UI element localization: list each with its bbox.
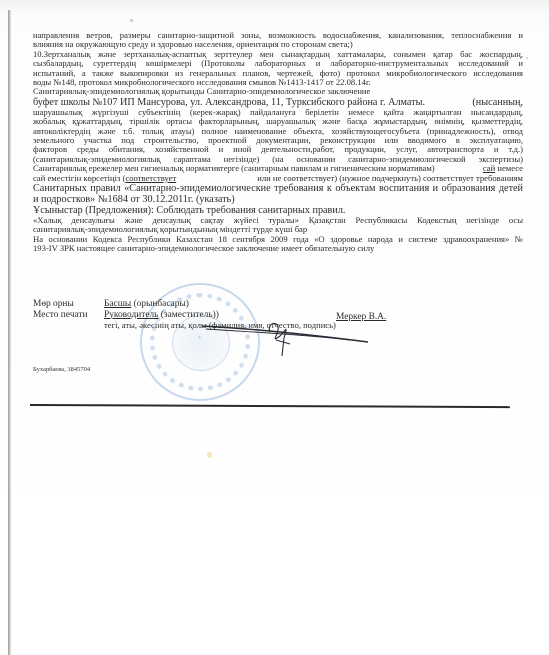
legal-basis-line: «Халық денсаулығы және денсаулық сақтау … [33,216,523,225]
legal-basis-line: 193-IV ЗРК настоящее санитарно-эпидемиол… [33,244,523,253]
handwritten-signature-icon [200,320,370,360]
compliance-line-2-end: или не соответствует) (нужное подчеркнут… [257,174,523,183]
description-line: земельного участка под строительство, пр… [33,136,523,145]
compliance-rest: тігін көрсетіңіз ( [65,174,126,183]
sai-underlined: сай [483,164,495,173]
signature-row-kz: Мөр орны Басшы (орынбасары) [33,299,523,310]
paragraph-line: влияния на окружающую среду и здоровью н… [33,40,523,49]
paragraph-line: 10.Зертханалық және зертханалық-аспаптық… [33,50,523,59]
scan-speck [130,19,133,22]
description-line: автоколіктердің және т.б. толық атауы) п… [33,127,523,136]
head-ru-underlined: Руководитель [104,310,158,320]
paragraph-line: сызбалардың, суреттердің көшірмелері (Пр… [33,59,523,68]
horizontal-rule [30,404,510,408]
scan-speck [526,57,528,59]
head-title-kz: Басшы (орынбасары) [104,299,189,310]
compliance-choice: сай немесе [483,164,523,173]
page-edge-shadow [8,10,11,655]
seal-place-kz: Мөр орны [33,299,74,310]
description-line: жобалық құжаттардың, тіршілік ортасы фак… [33,117,523,126]
head-title-ru: Руководитель (заместитель)) [104,310,219,321]
scanned-page: направления ветров, размеры санитарно-за… [0,0,549,655]
document-body: направления ветров, размеры санитарно-за… [33,31,523,254]
signature-row-ru: Место печати Руководитель (заместитель))… [33,310,523,321]
head-kz-underlined: Басшы [104,299,131,309]
compliance-or: немесе [495,164,523,173]
paragraph-line: испытаний, а также выкопировки из генера… [33,69,523,78]
legal-basis-line: На основании Кодекса Республики Казахста… [33,235,523,244]
requirements-line: и подростков» №1684 от 30.12.2011г. (ука… [33,194,523,205]
legal-basis-line: санитариялық-эпидемиологиялық қорытындын… [33,225,523,234]
proposals: Ұсыныстар (Предложения): Соблюдать требо… [33,205,523,216]
executor-contact: Бухарбаева, 3845704 [33,366,90,373]
complies-underlined: соответствует [125,174,176,183]
object-line: буфет школы №107 ИП Мансурова, ул. Алекс… [33,97,523,108]
head-kz-rest: (орынбасары) [131,299,189,309]
seal-place-ru: Место печати [33,310,87,321]
description-line: шаруашылық жүргізуші субъектінің (керек-… [33,108,523,117]
compliance-text: Санитариялық ережелер мен гигиеналық нор… [33,164,435,173]
paragraph-line: направления ветров, размеры санитарно-за… [33,31,523,40]
paragraph-line: воды №148, протокол микробиологического … [33,78,523,87]
object-line-tail: (нысанның, [472,97,523,108]
object-name: буфет школы №107 ИП Мансурова, ул. Алекс… [33,97,425,108]
compliance-line-1: Санитариялық ережелер мен гигиеналық нор… [33,164,523,173]
scan-speck [207,452,212,458]
compliance-line-2-start: сай еместігін көрсетіңіз (соответствует [33,174,176,183]
requirements-line: Санитарных правил «Санитарно-эпидемиолог… [33,183,523,194]
compliance-line-2: сай еместігін көрсетіңіз (соответствует … [33,174,523,183]
description-line: факторов среды обитания, хозяйственной и… [33,145,523,154]
expertise-line: (санитариялық-эпидемиологиялық сараптама… [33,155,523,164]
sai-emes: сай емес [33,174,65,183]
conclusion-heading: Санитариялық-эпидемиологиялық қорытынды … [33,87,523,96]
head-ru-rest: (заместитель)) [158,310,218,320]
